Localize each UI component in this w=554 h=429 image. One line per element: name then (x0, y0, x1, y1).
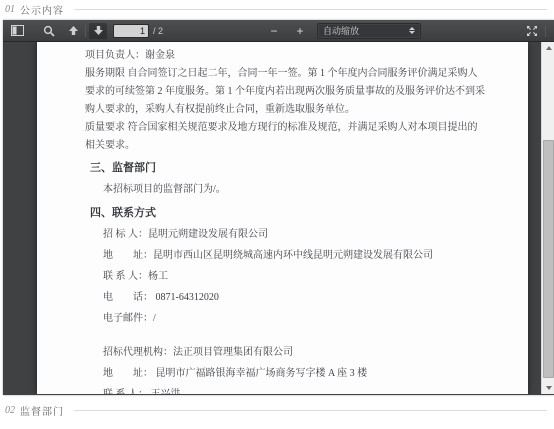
section-header-bottom: 02 监督部门 (5, 403, 551, 418)
next-page-button[interactable] (89, 23, 107, 39)
triangle-up-icon (546, 46, 552, 50)
arrow-down-icon (93, 25, 104, 36)
section-number: 02 (5, 405, 15, 416)
doc-line: 四、联系方式 (90, 202, 528, 224)
doc-line: 三、监督部门 (90, 157, 528, 179)
page-number-input[interactable] (113, 24, 149, 38)
divider-line (74, 9, 547, 10)
previous-page-button[interactable] (64, 23, 82, 39)
doc-line: 要求的可续签第 2 年度服务。第 1 个年度内若出现两次服务质量事故的及服务评价… (85, 83, 528, 101)
toolbar-separator (545, 25, 546, 37)
doc-line: 质量要求 符合国家相关规范要求及地方现行的标准及规范，并满足采购人对本项目提出的 (85, 119, 528, 137)
doc-line: 相关要求。 (85, 137, 528, 155)
fullscreen-icon (526, 25, 538, 37)
page-count-label: / 2 (153, 26, 163, 36)
zoom-in-button[interactable]: + (291, 23, 309, 39)
sidebar-toggle-icon (11, 25, 24, 36)
search-button[interactable] (40, 23, 58, 39)
doc-line: 地 址：昆明市西山区昆明绕城高速内环中线昆明元朔建设发展有限公司 (103, 245, 528, 266)
zoom-out-button[interactable]: − (265, 23, 283, 39)
pdf-viewer: / 2 − + 自动缩放 (3, 20, 554, 395)
doc-line: 服务期限 自合同签订之日起二年，合同一年一签。第 1 个年度内合同服务评价满足采… (85, 65, 528, 83)
scrollbar-thumb[interactable] (543, 140, 554, 378)
sidebar-toggle-button[interactable] (8, 23, 26, 39)
doc-line: 地 址： 昆明市广福路银海幸福广场商务写字楼 A 座 3 楼 (103, 363, 528, 384)
doc-line: 电子邮件：/ (103, 308, 528, 329)
page: 01 公示内容 (0, 0, 554, 429)
minus-icon: − (271, 25, 278, 37)
document-page: 项目负责人：谢金泉服务期限 自合同签订之日起二年，合同一年一签。第 1 个年度内… (37, 42, 528, 394)
chevron-updown-icon (409, 27, 415, 34)
doc-line: 项目负责人：谢金泉 (85, 47, 528, 65)
doc-line: 购人要求的，采购人有权提前终止合同，重新选取服务单位。 (85, 101, 528, 119)
scroll-down-button[interactable] (542, 382, 554, 394)
plus-icon: + (297, 25, 304, 37)
doc-line: 本招标项目的监督部门为/。 (103, 179, 528, 200)
section-header-top: 01 公示内容 (5, 2, 551, 17)
doc-line: 联 系 人：杨工 (103, 266, 528, 287)
arrow-up-icon (68, 25, 79, 36)
document-content: 项目负责人：谢金泉服务期限 自合同签订之日起二年，合同一年一签。第 1 个年度内… (37, 42, 528, 394)
search-icon (43, 25, 55, 37)
doc-line: 电 话： 0871-64312020 (103, 287, 528, 308)
section-number: 01 (5, 4, 15, 15)
section-title: 公示内容 (20, 2, 64, 17)
vertical-scrollbar[interactable] (541, 42, 554, 394)
presentation-mode-button[interactable] (523, 23, 541, 39)
scroll-up-button[interactable] (542, 42, 554, 54)
divider-line (74, 410, 547, 411)
doc-line: 招标代理机构：法正项目管理集团有限公司 (103, 342, 528, 363)
document-scroll-area[interactable]: 项目负责人：谢金泉服务期限 自合同签订之日起二年，合同一年一签。第 1 个年度内… (3, 42, 554, 394)
zoom-level-select[interactable]: 自动缩放 (317, 23, 421, 39)
doc-line: 联 系 人： 王兴洪 (103, 384, 528, 394)
zoom-level-value: 自动缩放 (323, 24, 359, 37)
triangle-down-icon (546, 386, 552, 390)
pdf-toolbar: / 2 − + 自动缩放 (3, 20, 554, 42)
doc-line: 招 标 人：昆明元朔建设发展有限公司 (103, 224, 528, 245)
section-title: 监督部门 (20, 403, 64, 418)
toolbar-separator (85, 25, 86, 37)
